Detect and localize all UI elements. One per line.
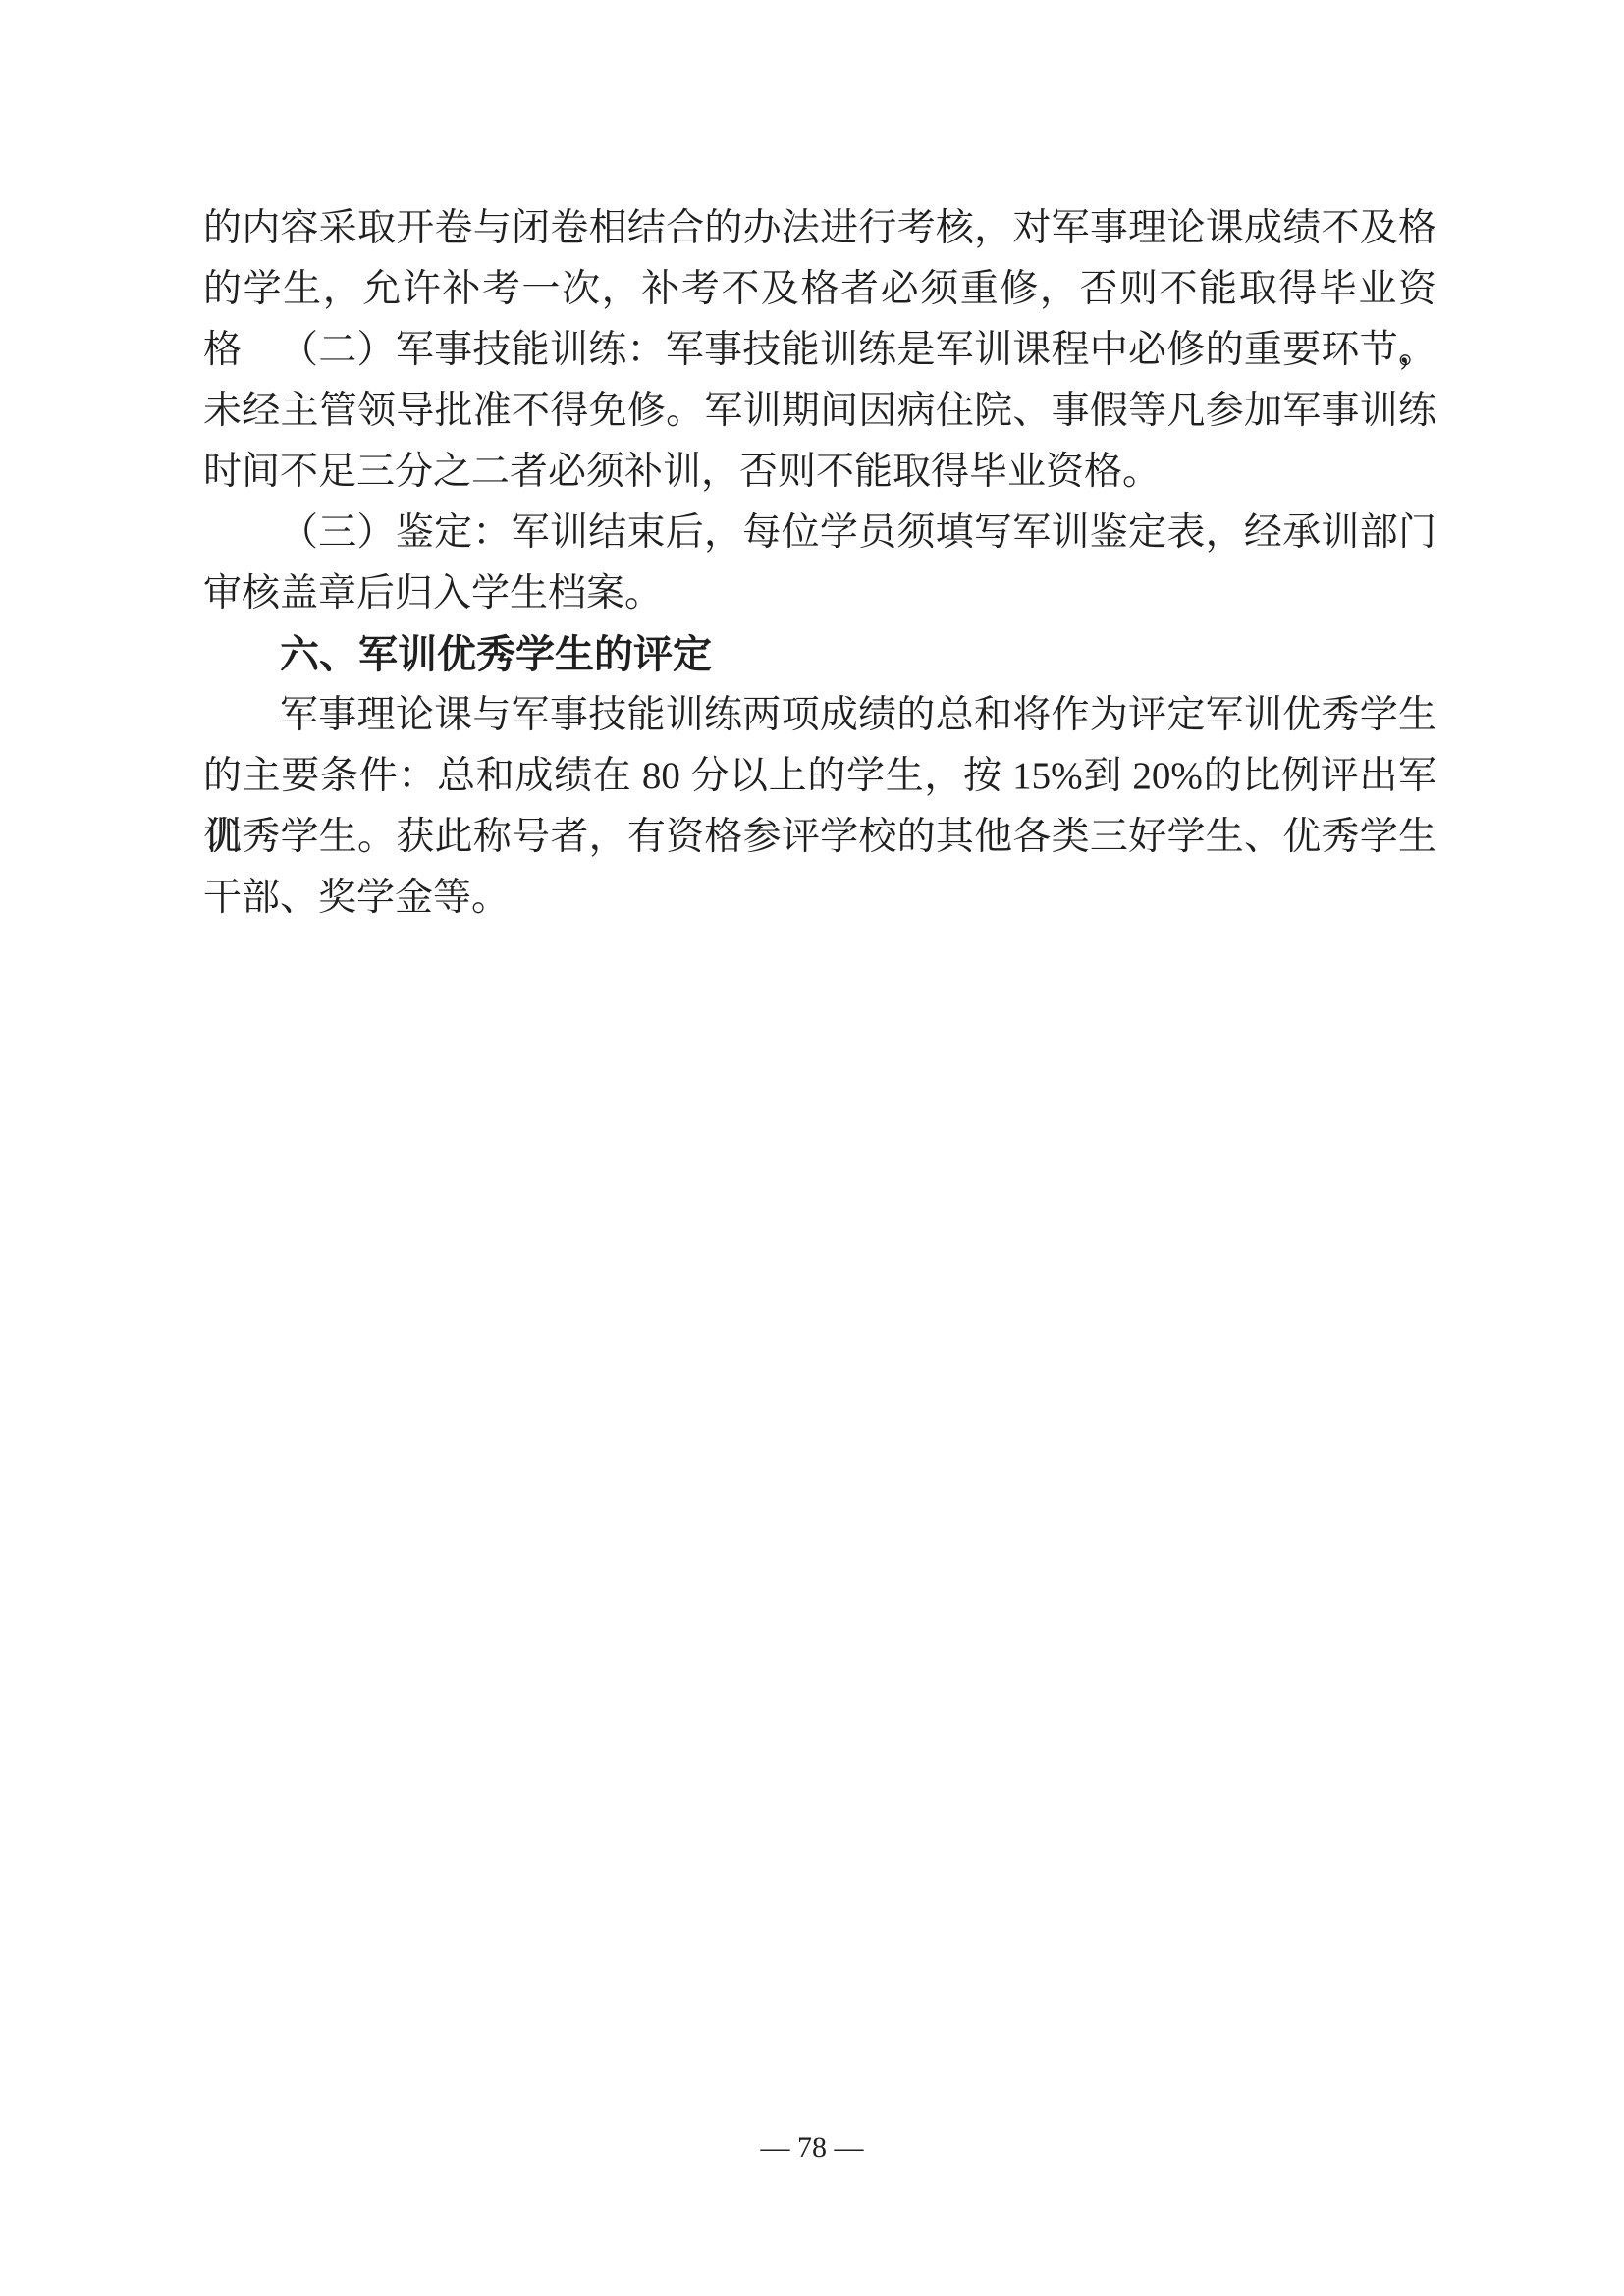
text-block: 的内容采取开卷与闭卷相结合的办法进行考核，对军事理论课成绩不及格 的学生，允许补…: [203, 198, 1436, 929]
text-line: 军事理论课与军事技能训练两项成绩的总和将作为评定军训优秀学生: [203, 685, 1436, 746]
page-number: — 78 —: [0, 2126, 1624, 2169]
text-line: 审核盖章后归入学生档案。: [203, 563, 1436, 624]
document-page: 的内容采取开卷与闭卷相结合的办法进行考核，对军事理论课成绩不及格 的学生，允许补…: [0, 0, 1624, 2296]
text-line: 时间不足三分之二者必须补训，否则不能取得毕业资格。: [203, 442, 1436, 503]
text-line: 干部、奖学金等。: [203, 868, 1436, 929]
text-line: 优秀学生。获此称号者，有资格参评学校的其他各类三好学生、优秀学生: [203, 807, 1436, 868]
text-line: （二）军事技能训练：军事技能训练是军训课程中必修的重要环节，: [203, 320, 1436, 381]
text-line: 未经主管领导批准不得免修。军训期间因病住院、事假等凡参加军事训练: [203, 381, 1436, 442]
text-line: 的内容采取开卷与闭卷相结合的办法进行考核，对军事理论课成绩不及格: [203, 198, 1436, 259]
text-line: （三）鉴定：军训结束后，每位学员须填写军训鉴定表，经承训部门: [203, 503, 1436, 563]
text-line: 的学生，允许补考一次，补考不及格者必须重修，否则不能取得毕业资格。: [203, 259, 1436, 320]
section-heading: 六、军训优秀学生的评定: [203, 624, 1436, 685]
text-line: 的主要条件：总和成绩在 80 分以上的学生，按 15%到 20%的比例评出军训: [203, 746, 1436, 807]
